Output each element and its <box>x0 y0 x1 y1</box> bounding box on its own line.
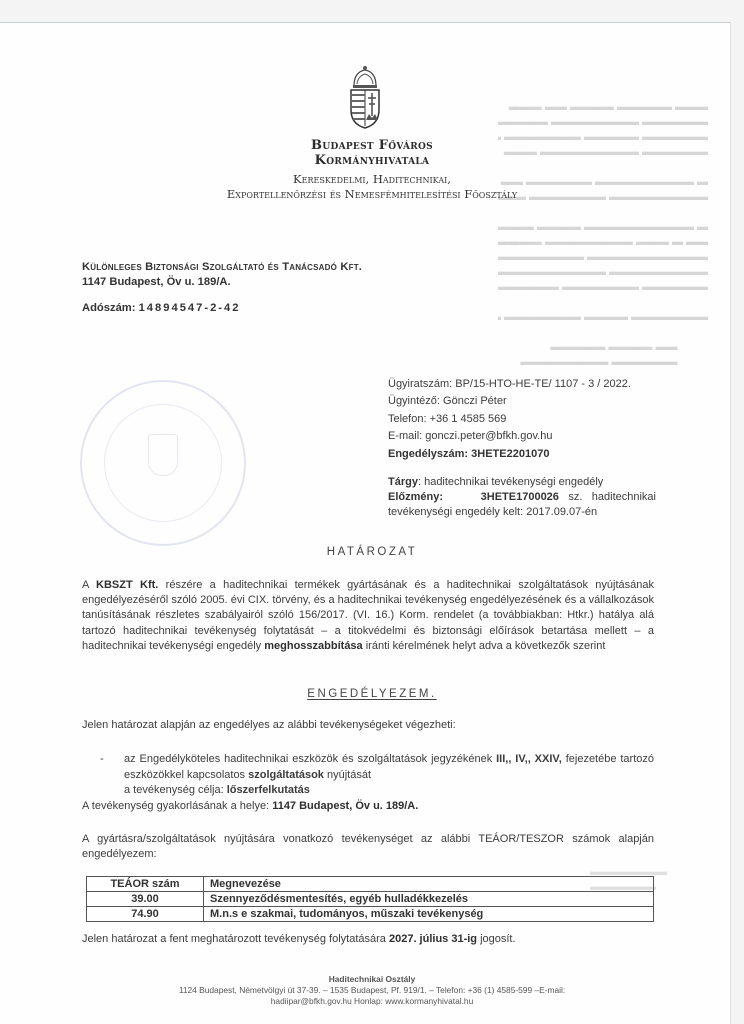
footer-address: 1124 Budapest, Németvölgyi út 37-39. – 1… <box>0 985 744 996</box>
activity-list-item: - az Engedélyköteles haditechnikai eszkö… <box>100 752 654 799</box>
department-name: Kereskedelmi, Haditechnikai, Exportellen… <box>0 172 744 202</box>
org-name-line2: Kormányhivatala <box>0 153 744 168</box>
teaor-code: 39.00 <box>87 892 204 907</box>
subject-block: Tárgy: haditechnikai tevékenységi engedé… <box>388 475 656 520</box>
addressee-address: 1147 Budapest, Öv u. 189/A. <box>82 275 362 290</box>
teaor-table: TEÁOR szám Megnevezése 39.00 Szennyeződé… <box>86 876 654 922</box>
decision-intro-paragraph: A KBSZT Kft. részére a haditechnikai ter… <box>82 578 654 654</box>
case-number: Ügyiratszám: BP/15-HTO-HE-TE/ 1107 - 3 /… <box>388 376 631 393</box>
footer-unit: Haditechnikai Osztály <box>0 974 744 985</box>
faded-official-stamp <box>80 380 246 546</box>
activities-intro: Jelen határozat alapján az engedélyes az… <box>82 718 654 733</box>
footer-contact: hadiipar@bfkh.gov.hu Honlap: www.kormany… <box>0 996 744 1007</box>
addressee-company: Különleges Biztonsági Szolgáltató és Tan… <box>82 260 362 275</box>
org-name-line1: Budapest Főváros <box>0 138 744 153</box>
decision-title: HATÁROZAT <box>0 546 744 558</box>
column-header-teaor: TEÁOR szám <box>87 877 204 892</box>
permit-number: Engedélyszám: 3HETE2201070 <box>388 446 631 463</box>
tax-id-label: Adószám: <box>82 302 135 314</box>
teaor-name: Szennyeződésmentesítés, egyéb hulladékke… <box>204 892 654 907</box>
coat-of-arms-icon <box>348 64 382 130</box>
page-footer: Haditechnikai Osztály 1124 Budapest, Ném… <box>0 974 744 1007</box>
teaor-name: M.n.s e szakmai, tudományos, műszaki tev… <box>204 907 654 922</box>
dept-name-line1: Kereskedelmi, Haditechnikai, <box>0 172 744 187</box>
table-header-row: TEÁOR szám Megnevezése <box>87 877 654 892</box>
officer-email: E-mail: gonczi.peter@bfkh.gov.hu <box>388 428 631 445</box>
addressee-block: Különleges Biztonsági Szolgáltató és Tan… <box>82 260 362 290</box>
organization-name: Budapest Főváros Kormányhivatala <box>0 138 744 168</box>
case-officer: Ügyintéző: Gönczi Péter <box>388 393 631 410</box>
column-header-name: Megnevezése <box>204 877 654 892</box>
teaor-intro: A gyártásra/szolgáltatások nyújtására vo… <box>82 832 654 862</box>
teaor-code: 74.90 <box>87 907 204 922</box>
table-row: 74.90 M.n.s e szakmai, tudományos, műsza… <box>87 907 654 922</box>
previous-permit-line: Előzmény: 3HETE1700026 sz. haditechnikai… <box>388 490 656 520</box>
activity-description: az Engedélyköteles haditechnikai eszközö… <box>124 752 654 783</box>
activity-purpose: a tevékenység célja: lőszerfelkutatás <box>124 783 654 799</box>
subject-line: Tárgy: haditechnikai tevékenységi engedé… <box>388 475 656 490</box>
grant-title: ENGEDÉLYEZEM. <box>0 688 744 700</box>
activity-place: A tevékenység gyakorlásának a helye: 114… <box>82 799 654 814</box>
officer-phone: Telefon: +36 1 4585 569 <box>388 411 631 428</box>
validity-statement: Jelen határozat a fent meghatározott tev… <box>82 932 654 947</box>
table-row: 39.00 Szennyeződésmentesítés, egyéb hull… <box>87 892 654 907</box>
tax-id-value: 14894547-2-42 <box>139 302 241 314</box>
bullet-dash: - <box>100 752 104 768</box>
reference-block: Ügyiratszám: BP/15-HTO-HE-TE/ 1107 - 3 /… <box>388 376 631 463</box>
dept-name-line2: Exportellenőrzési és Nemesfémhitelesítés… <box>0 187 744 202</box>
tax-id: Adószám: 14894547-2-42 <box>82 302 240 314</box>
